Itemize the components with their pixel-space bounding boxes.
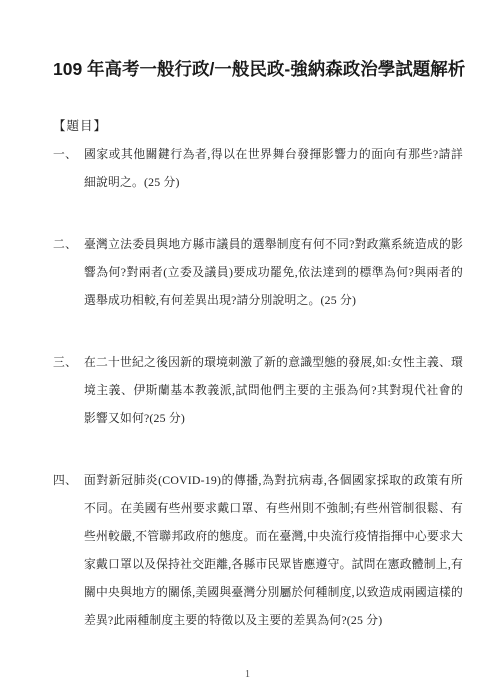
- question-number: 三、: [53, 348, 84, 432]
- question-text: 臺灣立法委員與地方縣市議員的選舉制度有何不同?對政黨系統造成的影響為何?對兩者(…: [84, 230, 463, 314]
- question-number: 二、: [53, 230, 84, 314]
- question-item-3: 三、 在二十世紀之後因新的環境刺激了新的意識型態的發展,如:女性主義、環境主義、…: [53, 348, 463, 432]
- question-number: 四、: [53, 466, 84, 634]
- question-number: 一、: [53, 140, 84, 196]
- page-number: 1: [0, 669, 495, 680]
- document-page: 109 年高考一般行政/一般民政-強納森政治學試題解析 【題目】 一、 國家或其…: [0, 0, 495, 700]
- question-item-4: 四、 面對新冠肺炎(COVID-19)的傳播,為對抗病毒,各個國家採取的政策有所…: [53, 466, 463, 634]
- question-text: 面對新冠肺炎(COVID-19)的傳播,為對抗病毒,各個國家採取的政策有所不同。…: [84, 466, 463, 634]
- section-label-questions: 【題目】: [53, 112, 463, 140]
- page-title: 109 年高考一般行政/一般民政-強納森政治學試題解析: [53, 58, 463, 80]
- question-item-2: 二、 臺灣立法委員與地方縣市議員的選舉制度有何不同?對政黨系統造成的影響為何?對…: [53, 230, 463, 314]
- question-list: 一、 國家或其他關鍵行為者,得以在世界舞台發揮影響力的面向有那些?請詳細說明之。…: [53, 140, 463, 634]
- question-item-1: 一、 國家或其他關鍵行為者,得以在世界舞台發揮影響力的面向有那些?請詳細說明之。…: [53, 140, 463, 196]
- question-text: 在二十世紀之後因新的環境刺激了新的意識型態的發展,如:女性主義、環境主義、伊斯蘭…: [84, 348, 463, 432]
- question-text: 國家或其他關鍵行為者,得以在世界舞台發揮影響力的面向有那些?請詳細說明之。(25…: [84, 140, 463, 196]
